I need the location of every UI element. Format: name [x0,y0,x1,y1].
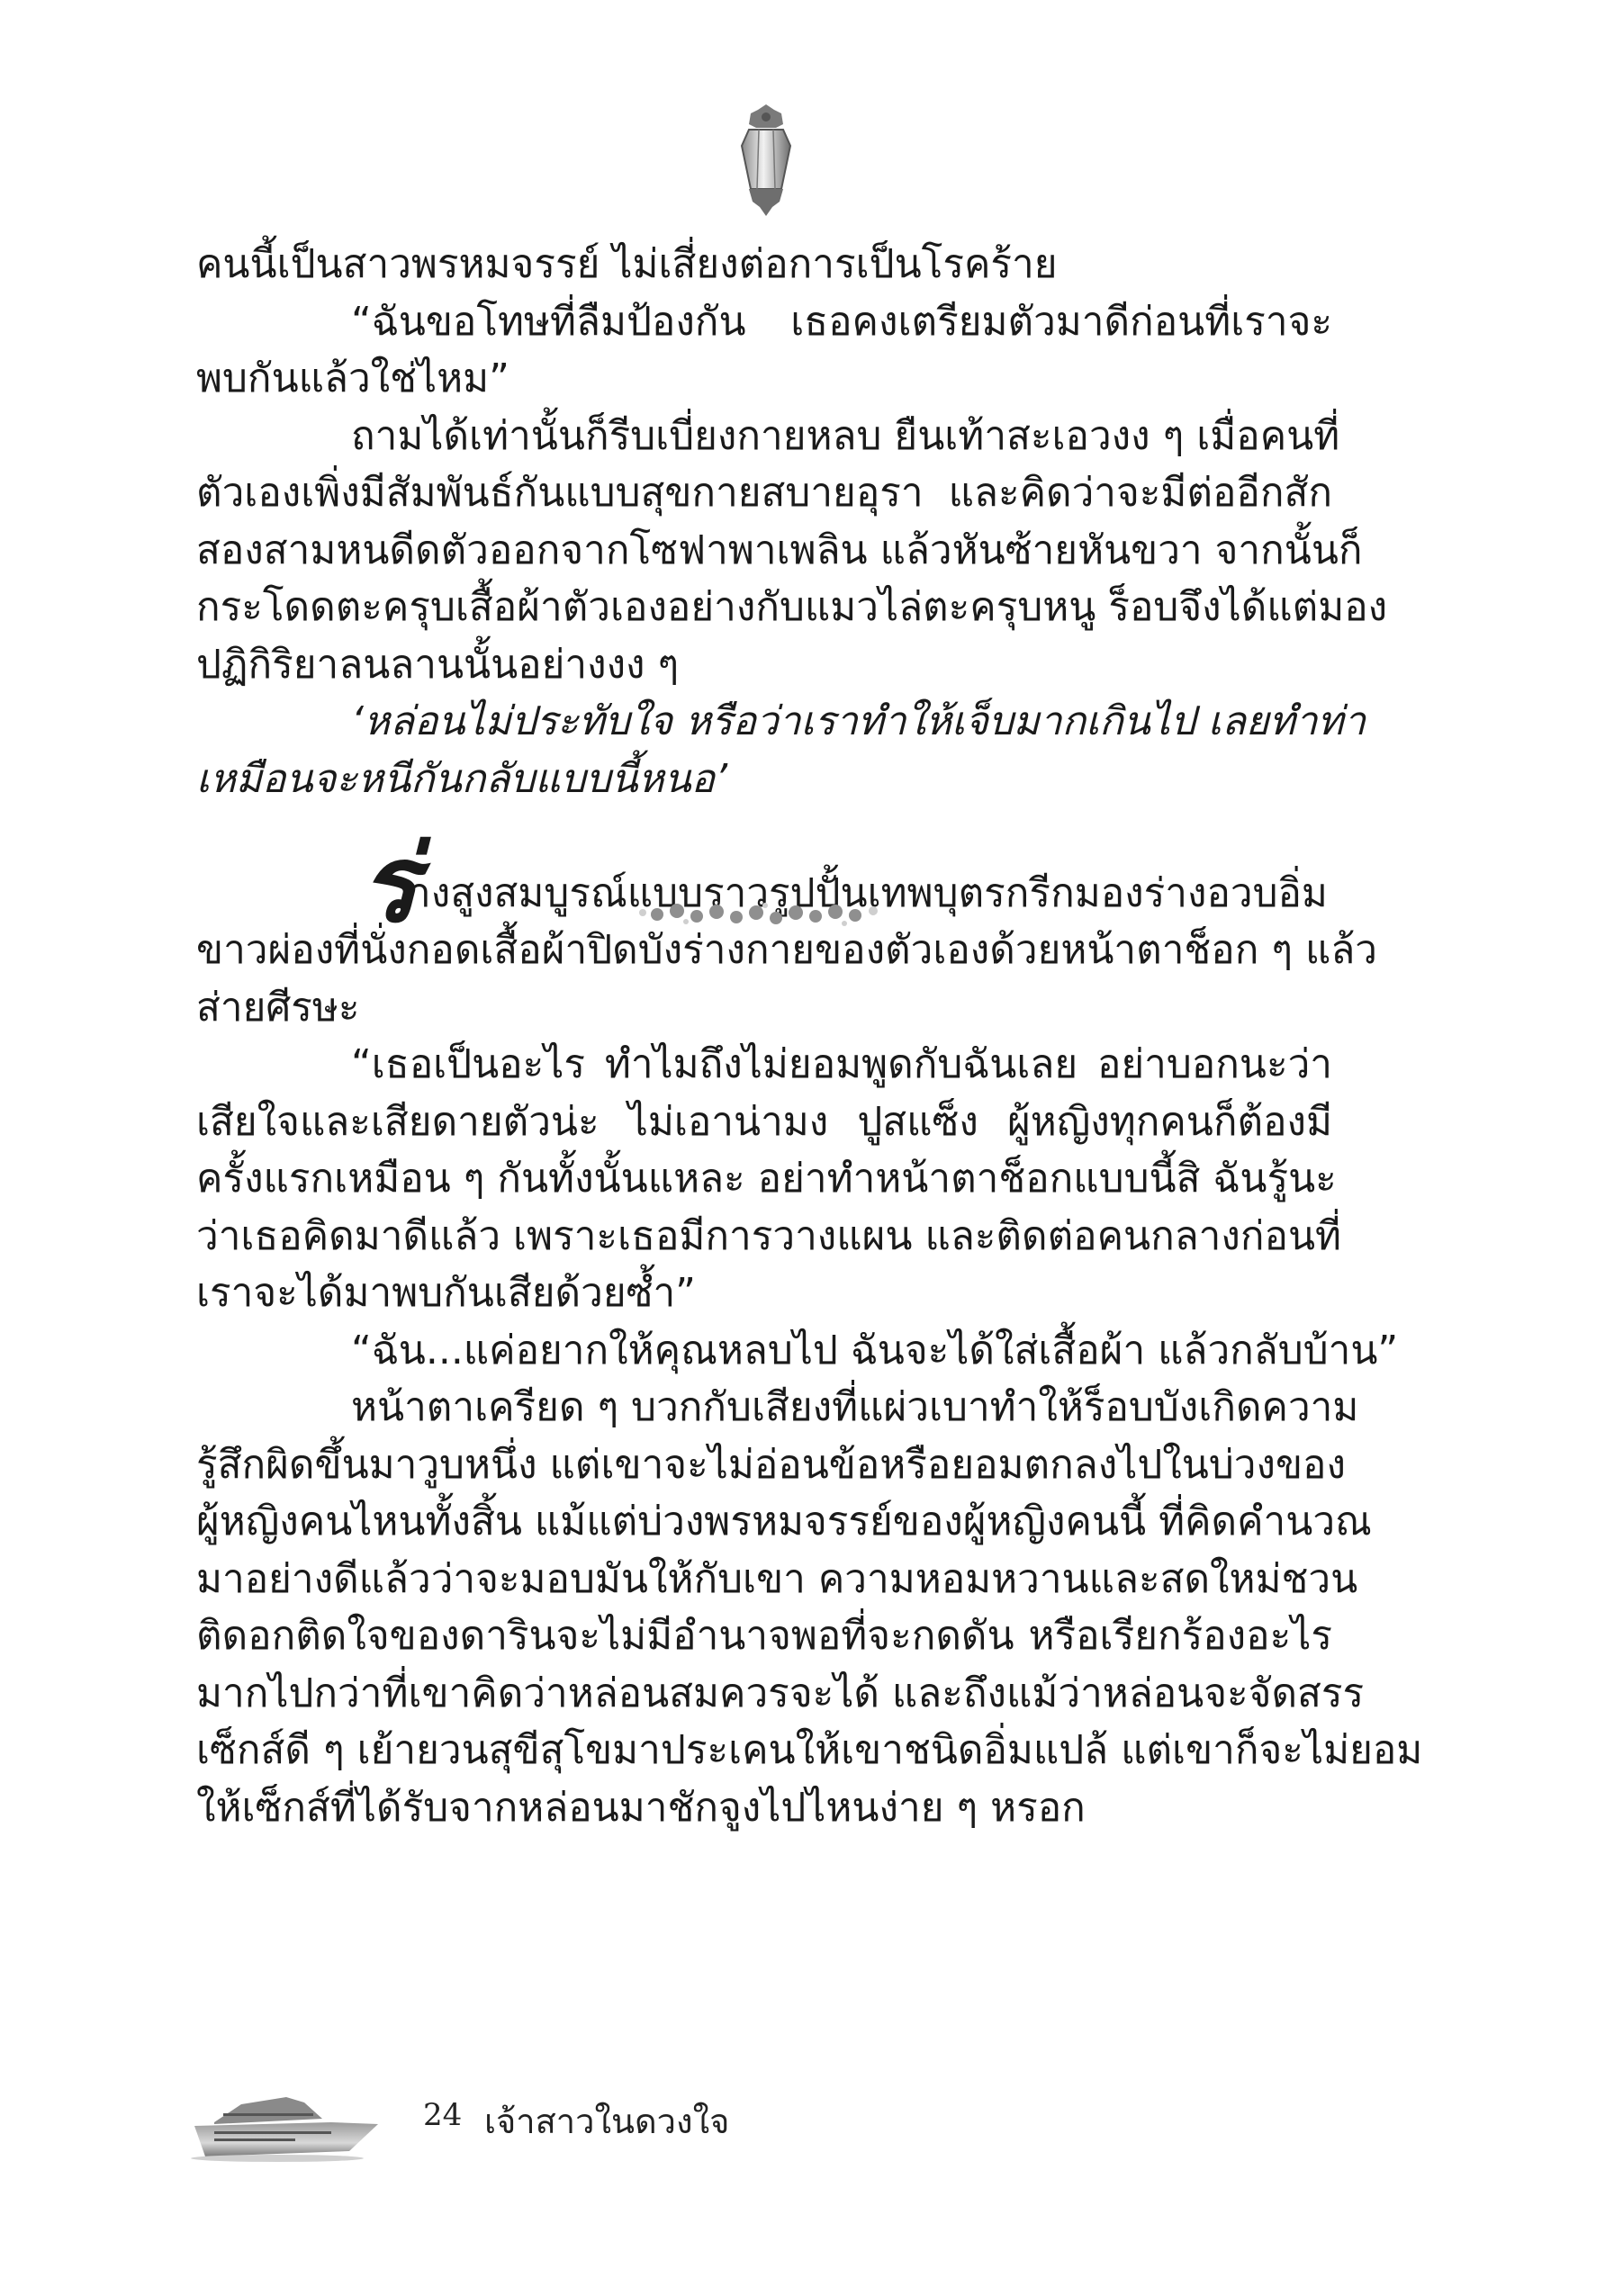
page-footer: 24 เจ้าสาวในดวงใจ [187,2086,817,2149]
flower-garland-divider [630,898,891,929]
text-line: เสียใจและเสียดายตัวน่ะ ไม่เอาน่ามง ปูสแซ… [196,1094,1332,1151]
text-line: ถามได้เท่านั้นก็รีบเบี่ยงกายหลบ ยืนเท้าส… [196,408,1332,465]
text-line: ผู้หญิงคนไหนทั้งสิ้น แม้แต่บ่วงพรหมจรรย์… [196,1493,1332,1551]
text-line: เราจะได้มาพบกันเสียด้วยซ้ำ” [196,1265,1332,1322]
body-text: คนนี้เป็นสาวพรหมจรรย์ ไม่เสี่ยงต่อการเป็… [196,236,1332,1836]
text-line: คนนี้เป็นสาวพรหมจรรย์ ไม่เสี่ยงต่อการเป็… [196,236,1332,293]
lantern-icon [727,101,805,218]
drop-cap: ร่ [360,831,417,937]
text-line: มากไปกว่าที่เขาคิดว่าหล่อนสมควรจะได้ และ… [196,1665,1332,1723]
text-line: ปฏิกิริยาลนลานนั้นอย่างงง ๆ [196,636,1332,694]
text-line: ครั้งแรกเหมือน ๆ กันทั้งนั้นแหละ อย่าทำห… [196,1150,1332,1208]
text-line: ให้เซ็กส์ที่ได้รับจากหล่อนมาชักจูงไปไหนง… [196,1779,1332,1837]
text-line: มาอย่างดีแล้วว่าจะมอบมันให้กับเขา ความหอ… [196,1551,1332,1608]
text-line: ว่าเธอคิดมาดีแล้ว เพราะเธอมีการวางแผน แล… [196,1208,1332,1265]
text-line: เซ็กส์ดี ๆ เย้ายวนสุขีสุโขมาประเคนให้เขา… [196,1722,1332,1779]
page-number: 24 [423,2097,462,2133]
text-line: ‘หล่อนไม่ประทับใจ หรือว่าเราทำให้เจ็บมาก… [196,693,1332,751]
text-line: ตัวเองเพิ่งมีสัมพันธ์กันแบบสุขกายสบายอุร… [196,464,1332,522]
text-line: “ฉันขอโทษที่ลืมป้องกัน เธอคงเตรียมตัวมาด… [196,293,1332,351]
text-line: รู้สึกผิดขึ้นมาวูบหนึ่ง แต่เขาจะไม่อ่อนข… [196,1436,1332,1494]
text-line: “ฉัน...แค่อยากให้คุณหลบไป ฉันจะได้ใส่เสื… [196,1322,1332,1380]
text-line: ติดอกติดใจของดารินจะไม่มีอำนาจพอที่จะกดด… [196,1607,1332,1665]
running-title: เจ้าสาวในดวงใจ [484,2093,729,2148]
text-line: หน้าตาเครียด ๆ บวกกับเสียงที่แผ่วเบาทำให… [196,1379,1332,1436]
text-line: พบกันแล้วใช่ไหม” [196,350,1332,408]
cruise-ship-icon [187,2086,385,2164]
text-line: ส่ายศีรษะ [196,979,1332,1037]
text-line: เหมือนจะหนีกันกลับแบบนี้หนอ’ [196,751,1332,808]
text-line: กระโดดตะครุบเสื้อผ้าตัวเองอย่างกับแมวไล่… [196,579,1332,636]
text-line: “เธอเป็นอะไร ทำไมถึงไม่ยอมพูดกับฉันเลย อ… [196,1036,1332,1094]
text-line: สองสามหนดีดตัวออกจากโซฟาพาเพลิน แล้วหันซ… [196,522,1332,580]
